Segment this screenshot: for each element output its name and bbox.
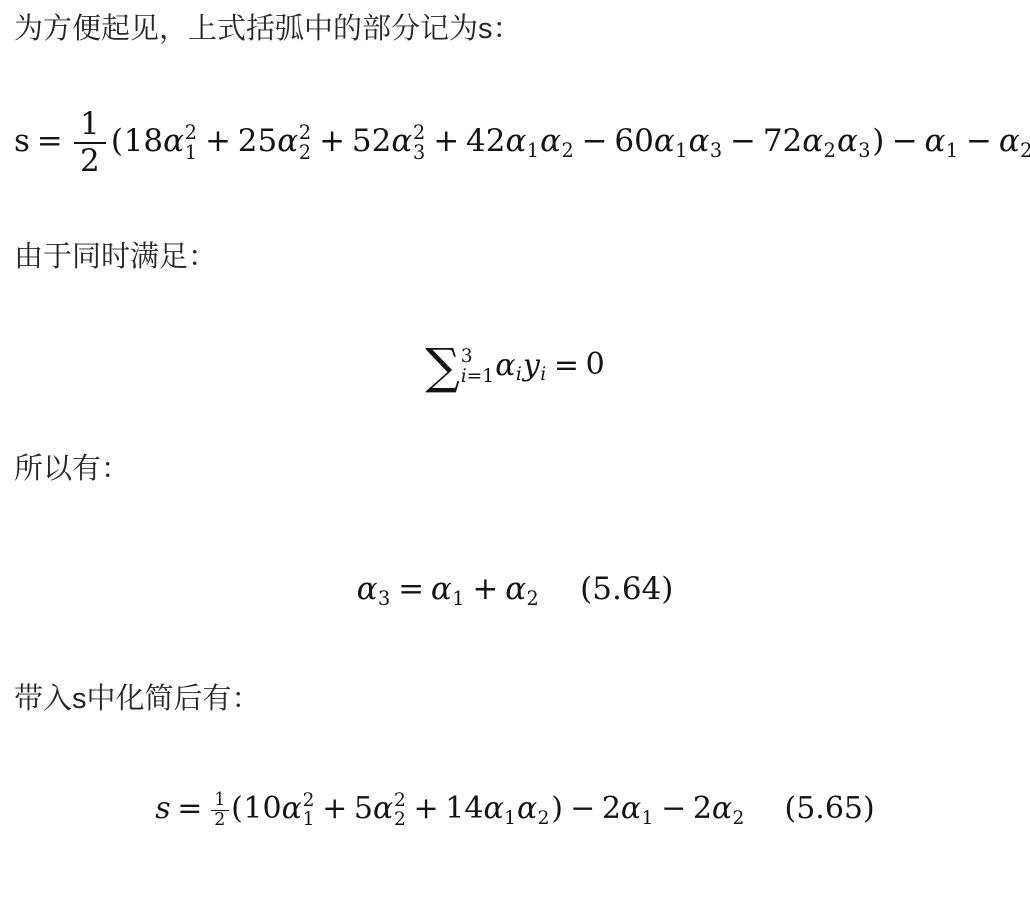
- math-variable-sub: α1: [654, 123, 689, 159]
- equation-number: (5.64): [580, 571, 673, 607]
- fraction-numerator: 1: [74, 107, 106, 142]
- math-operator: +: [198, 123, 238, 159]
- math-token: 1: [527, 139, 539, 162]
- math-token: 2: [527, 587, 539, 610]
- subscript: 1: [642, 808, 654, 829]
- math-token: 1: [303, 810, 315, 830]
- math-token: α: [277, 123, 298, 159]
- math-token: α: [483, 791, 503, 826]
- math-number: 25: [238, 123, 277, 159]
- math-variable-sub: α3: [837, 123, 872, 159]
- math-token: 1: [185, 141, 197, 164]
- math-operator: −: [723, 123, 763, 159]
- math-token: α: [999, 123, 1020, 159]
- math-token: 2: [394, 810, 406, 830]
- subscript: i: [540, 364, 546, 385]
- subscript: 3: [710, 139, 722, 162]
- math-variable-sub: αi: [495, 348, 523, 383]
- math-token: 3: [461, 347, 494, 367]
- math-variable: s: [155, 791, 170, 826]
- math-token: α: [621, 791, 641, 826]
- subscript: i: [516, 364, 522, 385]
- math-token: α: [837, 123, 858, 159]
- fraction: 12: [211, 791, 229, 830]
- math-variable-sub: α2: [540, 123, 575, 159]
- subscript: 2: [561, 139, 573, 162]
- math-token: 2: [538, 808, 550, 829]
- sup-sub-stack: 22: [299, 123, 311, 163]
- fraction-denominator: 2: [211, 810, 229, 830]
- math-variable-sub: α2: [505, 571, 540, 607]
- math-variable-supsub: α22: [277, 123, 312, 159]
- math-number: 60: [614, 123, 653, 159]
- math-variable-sub: yi: [523, 348, 547, 383]
- math-token: 2: [413, 123, 425, 143]
- math-variable-sub: α2: [802, 123, 837, 159]
- math-operator: =: [547, 348, 585, 383]
- math-variable-sub: α1: [925, 123, 960, 159]
- math-token: 2: [824, 139, 836, 162]
- math-token: i=1: [461, 367, 494, 387]
- math-variable-sub: α3: [357, 571, 392, 607]
- math-number: 72: [763, 123, 802, 159]
- math-variable-sub: α2: [999, 123, 1030, 159]
- math-operator: −: [564, 791, 602, 826]
- math-token: 3: [413, 143, 425, 163]
- math-token: i: [516, 364, 522, 385]
- math-token: 2: [299, 123, 311, 143]
- equation-alpha3-relation: α3=α1+α2(5.64): [14, 569, 1030, 611]
- math-token: 2: [185, 123, 197, 143]
- math-token: =: [467, 366, 483, 387]
- equation-sum-constraint: ∑3i=1αiyi=0: [14, 345, 1030, 389]
- math-token: α: [282, 791, 302, 826]
- math-variable-sub: α1: [483, 791, 517, 826]
- math-number: 52: [352, 123, 391, 159]
- sup-sub-stack: 3i=1: [461, 347, 494, 386]
- paragraph-constraint: 由于同时满足：: [14, 241, 1030, 273]
- math-variable-sub: α2: [712, 791, 746, 826]
- subscript: 2: [527, 587, 539, 610]
- math-number: 10: [243, 791, 281, 826]
- paragraph-therefore: 所以有：: [14, 453, 1030, 485]
- math-operator: +: [426, 123, 466, 159]
- math-token: α: [373, 791, 393, 826]
- math-token: 1: [482, 366, 494, 387]
- math-token: α: [431, 571, 452, 607]
- equation-s-expansion: s=12(18α21+25α22+52α23+42α1α2−60α1α3−72α…: [14, 107, 1030, 178]
- math-token: α: [391, 123, 412, 159]
- math-token: α: [540, 123, 561, 159]
- math-token: y: [523, 348, 540, 383]
- math-token: 1: [642, 808, 654, 829]
- math-variable-sub: α1: [505, 123, 540, 159]
- subscript: 2: [1020, 139, 1030, 162]
- math-token: 2: [303, 791, 315, 811]
- math-paren: (: [110, 123, 123, 159]
- math-token: 2: [561, 139, 573, 162]
- math-operator: +: [316, 791, 354, 826]
- summation-symbol: ∑: [425, 338, 460, 394]
- summation: ∑3i=1: [425, 348, 495, 383]
- math-paren: ): [551, 791, 564, 826]
- math-variable-sub: α1: [431, 571, 466, 607]
- math-token: 1: [452, 587, 464, 610]
- math-operator: −: [959, 123, 999, 159]
- math-token: 3: [378, 587, 390, 610]
- subscript: 2: [538, 808, 550, 829]
- math-token: 2: [1020, 139, 1030, 162]
- math-token: 2: [394, 791, 406, 811]
- sup-sub-stack: 23: [413, 123, 425, 163]
- math-token: 1: [675, 139, 687, 162]
- subscript: 1: [675, 139, 687, 162]
- paragraph-intro: 为方便起见，上式括弧中的部分记为s：: [14, 13, 1030, 45]
- math-token: α: [495, 348, 515, 383]
- math-operator: =: [171, 791, 209, 826]
- math-number: 14: [445, 791, 483, 826]
- math-token: α: [802, 123, 823, 159]
- math-number: 5: [354, 791, 373, 826]
- math-token: α: [689, 123, 710, 159]
- subscript: 2: [733, 808, 745, 829]
- subscript: 1: [504, 808, 516, 829]
- math-token: 1: [946, 139, 958, 162]
- math-variable-sub: α1: [621, 791, 655, 826]
- math-operator: −: [575, 123, 615, 159]
- math-token: α: [163, 123, 184, 159]
- subscript: 3: [858, 139, 870, 162]
- math-number: 18: [124, 123, 163, 159]
- math-number: 2: [693, 791, 712, 826]
- fraction: 12: [74, 107, 106, 178]
- sup-sub-stack: 21: [303, 791, 315, 830]
- math-token: i: [540, 364, 546, 385]
- equation-s-simplified: s=12(10α21+5α22+14α1α2)−2α1−2α2(5.65): [14, 789, 1030, 830]
- math-token: 2: [394, 809, 406, 830]
- math-token: 1: [303, 809, 315, 830]
- math-token: α: [517, 791, 537, 826]
- math-token: 3: [413, 141, 425, 164]
- math-operator: +: [466, 571, 506, 607]
- article-body: 为方便起见，上式括弧中的部分记为s： s=12(18α21+25α22+52α2…: [0, 0, 1030, 831]
- math-number: 2: [602, 791, 621, 826]
- math-operator: =: [391, 571, 431, 607]
- math-paren: ): [872, 123, 885, 159]
- math-token: 3: [461, 346, 473, 367]
- sup-sub-stack: 22: [394, 791, 406, 830]
- math-operator: =: [30, 123, 70, 159]
- equation-number: (5.65): [785, 791, 875, 826]
- fraction-numerator: 1: [211, 791, 229, 810]
- subscript: 2: [824, 139, 836, 162]
- math-operator: −: [885, 123, 925, 159]
- math-variable-supsub: α21: [282, 791, 316, 826]
- math-token: 3: [710, 139, 722, 162]
- subscript: 3: [378, 587, 390, 610]
- math-variable-supsub: α22: [373, 791, 407, 826]
- subscript: 1: [527, 139, 539, 162]
- math-variable-supsub: α21: [163, 123, 198, 159]
- fraction-denominator: 2: [74, 142, 106, 179]
- math-token: α: [505, 123, 526, 159]
- math-token: α: [925, 123, 946, 159]
- math-operator: −: [655, 791, 693, 826]
- math-number: 42: [466, 123, 505, 159]
- sup-sub-stack: 21: [185, 123, 197, 163]
- math-token: 2: [733, 808, 745, 829]
- math-token: 2: [299, 141, 311, 164]
- math-token: 1: [504, 808, 516, 829]
- math-token: α: [654, 123, 675, 159]
- math-token: 1: [185, 143, 197, 163]
- math-token: α: [357, 571, 378, 607]
- paragraph-substitute: 带入s中化简后有：: [14, 683, 1030, 715]
- math-paren: (: [231, 791, 244, 826]
- math-token: α: [712, 791, 732, 826]
- math-variable-sub: α3: [689, 123, 724, 159]
- math-token: 2: [303, 790, 315, 811]
- math-operator: +: [407, 791, 445, 826]
- subscript: 1: [452, 587, 464, 610]
- math-operator: +: [312, 123, 352, 159]
- math-token: 2: [394, 790, 406, 811]
- math-symbol: s: [14, 123, 30, 159]
- math-token: 3: [858, 139, 870, 162]
- math-variable-supsub: α23: [391, 123, 426, 159]
- subscript: 1: [946, 139, 958, 162]
- math-number: 0: [586, 348, 605, 383]
- math-token: 2: [299, 143, 311, 163]
- math-token: α: [505, 571, 526, 607]
- math-variable-sub: α2: [517, 791, 551, 826]
